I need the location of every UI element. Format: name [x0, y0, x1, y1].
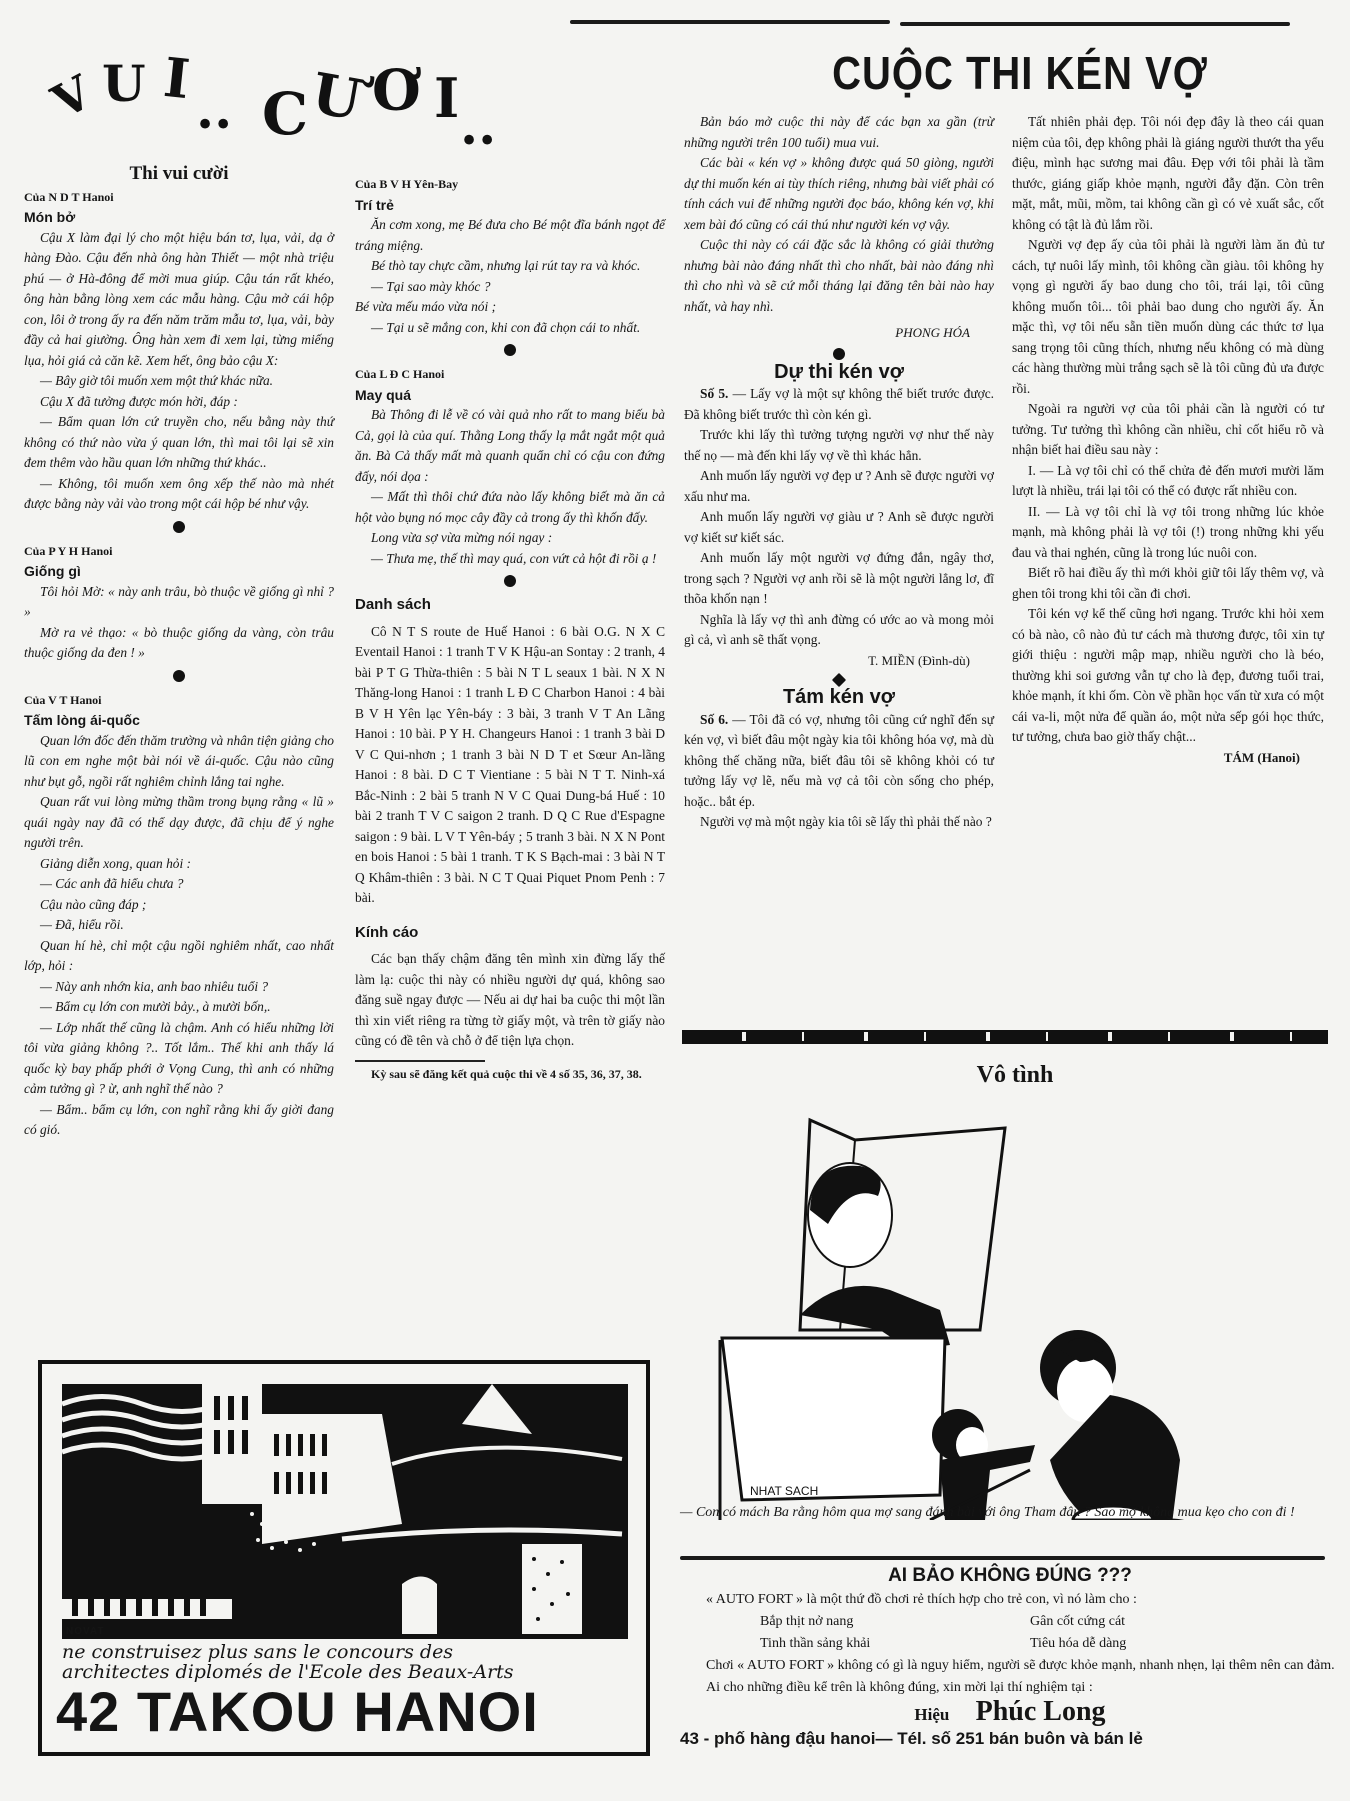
title-letter: ..: [460, 96, 496, 157]
benefit-item: Gân cốt cứng cát: [1030, 1611, 1290, 1633]
story-paragraph: — Tại u sẽ mắng con, khi con đã chọn cái…: [355, 318, 665, 339]
entry-signature: TÁM (Hanoi): [1012, 748, 1324, 769]
entry-paragraph: Người vợ đẹp ấy của tôi phải là người là…: [1012, 235, 1324, 399]
story-byline: Của L Đ C Hanoi: [355, 364, 665, 385]
intro-signature: PHONG HÓA: [684, 323, 994, 344]
architect-ad: NOVAT ne construisez plus sans le concou…: [38, 1360, 650, 1756]
entry-paragraph: Anh muốn lấy người vợ giàu ư ? Anh sẽ đư…: [684, 507, 994, 548]
entry-paragraph: Biết rõ hai điều ấy thì mới khỏi giữ tôi…: [1012, 563, 1324, 604]
story-title: Món bở: [24, 207, 334, 228]
entry-paragraph: Trước khi lấy thì tưởng tượng người vợ n…: [684, 425, 994, 466]
title-letter: Ư: [307, 60, 367, 133]
column-3: Bản báo mở cuộc thi này để các bạn xa gầ…: [684, 112, 994, 833]
ad-paragraph: « AUTO FORT » là một thứ đồ chơi rẻ thíc…: [680, 1589, 1340, 1611]
story-paragraph: — Bẩm quan lớn cứ truyền cho, nếu bằng n…: [24, 412, 334, 474]
bullet-separator: [833, 348, 845, 360]
story-paragraph: — Này anh nhớn kia, anh bao nhiêu tuổi ?: [24, 977, 334, 998]
column-4: Tất nhiên phải đẹp. Tôi nói đẹp đây là t…: [1012, 112, 1324, 768]
entry-paragraph: II. — Là vợ tôi chỉ là vợ tôi trong nhữn…: [1012, 502, 1324, 564]
col1-heading: Thi vui cười: [24, 164, 334, 185]
title-letter: C: [262, 80, 308, 148]
entry5-heading: Dự thi kén vợ: [684, 362, 994, 383]
story-byline: Của P Y H Hanoi: [24, 541, 334, 562]
bullet-separator: [832, 673, 846, 687]
story-paragraph: Tôi hỏi Mờ: « này anh trâu, bò thuộc về …: [24, 582, 334, 623]
intro-paragraph: Các bài « kén vợ » không được quá 50 giò…: [684, 153, 994, 235]
title-letter: I: [161, 45, 193, 111]
entry-paragraph: Tất nhiên phải đẹp. Tôi nói đẹp đây là t…: [1012, 112, 1324, 235]
artist-signature: NHAT SACH: [750, 1484, 818, 1498]
story-paragraph: Ăn cơm xong, mẹ Bé đưa cho Bé một đĩa bá…: [355, 215, 665, 256]
ad-artist-signature: NOVAT: [66, 1626, 105, 1637]
benefits-spacer: [680, 1611, 760, 1633]
story-byline: Của B V H Yên-Bay: [355, 174, 665, 195]
entry-paragraph: — Tôi đã có vợ, nhưng tôi cũng cứ nghĩ đ…: [684, 712, 994, 809]
story-title: Giống gì: [24, 561, 334, 582]
bullet-separator: [504, 575, 516, 587]
contest-heading: CUỘC THI KÉN VỢ: [760, 49, 1280, 101]
cartoon-title: Vô tình: [680, 1062, 1350, 1089]
entry-paragraph: I. — Là vợ tôi chỉ có thể chửa đẻ đến mư…: [1012, 461, 1324, 502]
benefit-item: Tinh thần sảng khải: [760, 1633, 1030, 1655]
notice-divider: [355, 1060, 485, 1062]
benefit-item: Bắp thịt nở nang: [760, 1611, 1030, 1633]
shop-address: 43 - phố hàng đậu hanoi— Tél. số 251 bán…: [680, 1728, 1340, 1750]
ad-tagline-line1: ne construisez plus sans le concours des: [62, 1642, 632, 1662]
story-paragraph: Giảng diễn xong, quan hỏi :: [24, 854, 334, 875]
shop-name: Phúc Long: [976, 1696, 1106, 1727]
bullet-separator: [173, 670, 185, 682]
story-paragraph: Bà Thông đi lễ về có vài quả nho rất to …: [355, 405, 665, 487]
title-letter: Ơ: [372, 58, 421, 124]
story-paragraph: Cậu X làm đại lý cho một hiệu bán tơ, lụ…: [24, 228, 334, 372]
shop-name-line: Hiệu Phúc Long: [680, 1701, 1340, 1726]
intro-paragraph: Cuộc thi này có cái đặc sắc là không có …: [684, 235, 994, 317]
entry-paragraph: Anh muốn lấy một người vợ đứng đắn, ngây…: [684, 548, 994, 610]
entry-number: Số 5.: [700, 386, 728, 401]
story-paragraph: Quan hí hè, chỉ một cậu ngồi nghiêm nhất…: [24, 936, 334, 977]
entry-paragraph: — Lấy vợ là một sự không thể biết trước …: [684, 386, 994, 422]
cartoon-caption: — Con có mách Ba rằng hôm qua mợ sang đá…: [680, 1503, 1340, 1523]
story-paragraph: — Các anh đã hiểu chưa ?: [24, 874, 334, 895]
story-paragraph: Bé vừa mếu máo vừa nói ;: [355, 297, 665, 318]
story-paragraph: — Không, tôi muốn xem ông xếp thế nào mà…: [24, 474, 334, 515]
story-paragraph: Bé thò tay chực cầm, nhưng lại rút tay r…: [355, 256, 665, 277]
intro-paragraph: Bản báo mở cuộc thi này để các bạn xa gầ…: [684, 112, 994, 153]
story-paragraph: Cậu nào cũng đáp ;: [24, 895, 334, 916]
ad-paragraph: Chơi « AUTO FORT » không có gì là nguy h…: [680, 1655, 1340, 1677]
entry6-heading: Tám kén vợ: [684, 687, 994, 708]
story-paragraph: — Đã, hiểu rồi.: [24, 915, 334, 936]
story-paragraph: — Thưa mẹ, thế thì may quá, con vứt cả h…: [355, 549, 665, 570]
ad-address: 42 TAKOU HANOI: [56, 1682, 640, 1742]
list-heading: Danh sách: [355, 595, 665, 616]
story-title: May quá: [355, 385, 665, 406]
cartoon-divider: [682, 1030, 1328, 1044]
story-byline: Của V T Hanoi: [24, 690, 334, 711]
story-paragraph: Mờ ra vẻ thạo: « bò thuộc giống da vàng,…: [24, 623, 334, 664]
story-paragraph: Long vừa sợ vừa mừng nói ngay :: [355, 528, 665, 549]
ad-tagline: ne construisez plus sans le concours des…: [62, 1642, 632, 1682]
story-paragraph: — Tại sao mày khóc ?: [355, 277, 665, 298]
column-2: Của B V H Yên-Bay Trí trẻ Ăn cơm xong, m…: [355, 172, 665, 1083]
bullet-separator: [504, 344, 516, 356]
benefit-item: Tiêu hóa dễ dàng: [1030, 1633, 1290, 1655]
top-rule-left: [570, 20, 890, 24]
entrant-list: Cô N T S route de Huế Hanoi : 6 bài O.G.…: [355, 622, 665, 909]
entry-paragraph: Ngoài ra người vợ của tôi phải cần là ng…: [1012, 399, 1324, 461]
section-title-vui-cuoi: V U I .. C Ư Ơ I ..: [40, 40, 660, 160]
ad-headline: AI BẢO KHÔNG ĐÚNG ???: [680, 1565, 1340, 1587]
title-letter: ..: [196, 80, 232, 141]
entry-signature: T. MIỀN (Đình-dù): [684, 651, 994, 672]
story-paragraph: Quan rất vui lòng mừng thầm trong bụng r…: [24, 792, 334, 854]
entry-paragraph: Nghĩa là lấy vợ thì anh đừng có ước ao v…: [684, 610, 994, 651]
entry-paragraph: Người vợ mà một ngày kia tôi sẽ lấy thì …: [684, 812, 994, 833]
title-letter: I: [434, 66, 459, 130]
ad-tagline-line2: architectes diplomés de l'Ecole des Beau…: [62, 1662, 632, 1682]
story-paragraph: — Bẩm cụ lớn con mười bảy., à mười bốn,.: [24, 997, 334, 1018]
column-1: Thi vui cười Của N D T Hanoi Món bở Cậu …: [24, 162, 334, 1141]
story-byline: Của N D T Hanoi: [24, 187, 334, 208]
architecture-woodcut-illustration: [62, 1384, 628, 1639]
title-letter: U: [102, 54, 146, 113]
title-letter: V: [43, 65, 100, 129]
ad-divider: [680, 1556, 1325, 1560]
story-paragraph: Cậu X đã tưởng được món hời, đáp :: [24, 392, 334, 413]
story-paragraph: — Lớp nhất thế cũng là chậm. Anh có hiểu…: [24, 1018, 334, 1100]
story-paragraph: Quan lớn đốc đến thăm trường và nhân tiệ…: [24, 731, 334, 793]
autofort-ad: AI BẢO KHÔNG ĐÚNG ??? « AUTO FORT » là m…: [680, 1565, 1340, 1750]
notice-footnote: Kỳ sau sẽ đăng kết quả cuộc thi về 4 số …: [355, 1066, 665, 1083]
story-title: Tấm lòng ái-quốc: [24, 710, 334, 731]
story-title: Trí trẻ: [355, 195, 665, 216]
story-paragraph: — Mất thì thôi chứ đứa nào lấy không biế…: [355, 487, 665, 528]
notice-text: Các bạn thấy chậm đăng tên mình xin đừng…: [355, 949, 665, 1052]
cartoon-illustration: NHAT SACH: [700, 1100, 1320, 1520]
story-paragraph: — Bây giờ tôi muốn xem một thứ khác nữa.: [24, 371, 334, 392]
shop-prefix: Hiệu: [914, 1705, 949, 1724]
story-paragraph: — Bẩm.. bẩm cụ lớn, con nghĩ rằng khi ấy…: [24, 1100, 334, 1141]
bullet-separator: [173, 521, 185, 533]
top-rule-right: [900, 22, 1290, 26]
entry-paragraph: Anh muốn lấy người vợ đẹp ư ? Anh sẽ đượ…: [684, 466, 994, 507]
notice-heading: Kính cáo: [355, 923, 665, 944]
entry-number: Số 6.: [700, 712, 728, 727]
entry-paragraph: Tôi kén vợ kể thế cũng hơi ngang. Trước …: [1012, 604, 1324, 748]
ad-benefits: Bắp thịt nở nang Gân cốt cứng cát Tinh t…: [680, 1611, 1340, 1655]
